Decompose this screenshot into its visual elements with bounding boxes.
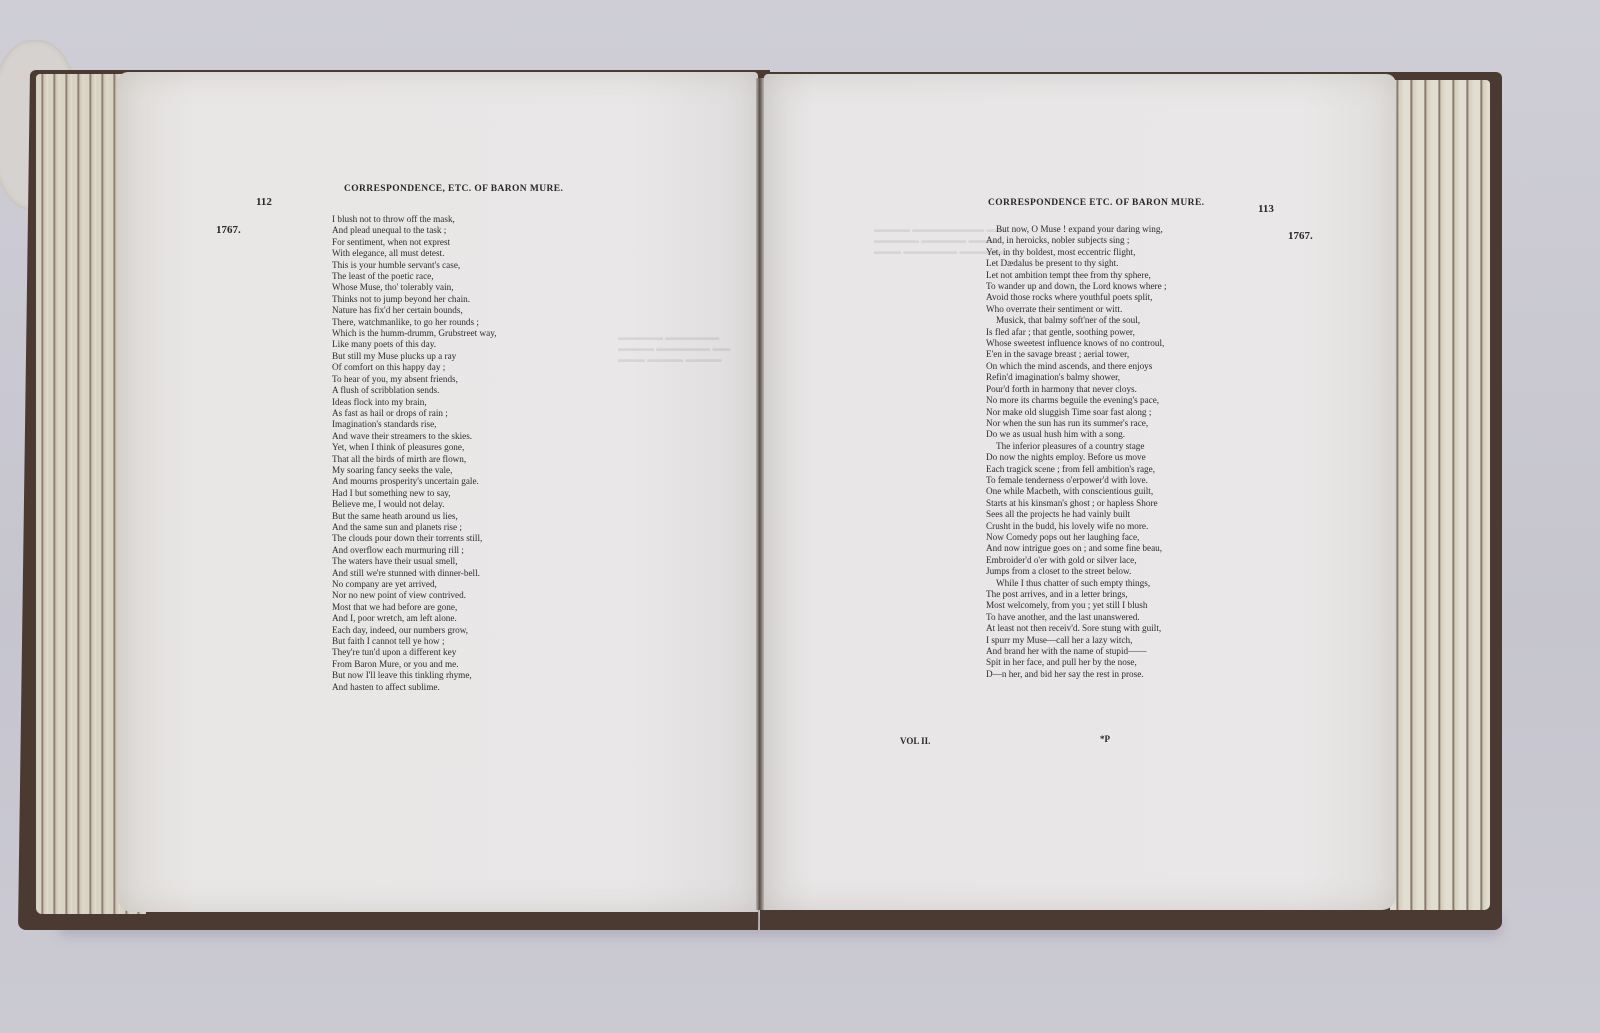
- verse-line: The post arrives, and in a letter brings…: [986, 589, 1167, 600]
- verse-line: Most welcomely, from you ; yet still I b…: [986, 600, 1167, 611]
- verse-line: Pour'd forth in harmony that never cloys…: [986, 384, 1167, 395]
- show-through-text: ▬▬▬▬ ▬▬▬▬▬▬▬▬ ▬▬▬▬▬▬▬ ▬▬▬▬▬ ▬▬▬▬▬▬ ▬▬▬▬▬…: [874, 224, 1005, 257]
- verse-line: No company are yet arrived,: [332, 579, 497, 590]
- running-head: Correspondence etc. of Baron Mure.: [988, 198, 1204, 208]
- verse-line: Nor no new point of view contrived.: [332, 590, 497, 601]
- verse-line: Most that we had before are gone,: [332, 602, 497, 613]
- verse-line: One while Macbeth, with conscientious gu…: [986, 486, 1167, 497]
- verse-line: Do we as usual hush him with a song.: [986, 429, 1167, 440]
- verse-line: To female tenderness o'erpower'd with lo…: [986, 475, 1167, 486]
- verse-line: Is fled afar ; that gentle, soothing pow…: [986, 327, 1167, 338]
- verse-line: Jumps from a closet to the street below.: [986, 566, 1167, 577]
- verse-line: And the same sun and planets rise ;: [332, 522, 497, 533]
- poem-verse: I blush not to throw off the mask,And pl…: [332, 214, 497, 693]
- verse-line: The inferior pleasures of a country stag…: [986, 441, 1167, 452]
- verse-line: Nature has fix'd her certain bounds,: [332, 305, 497, 316]
- verse-line: To have another, and the last unanswered…: [986, 612, 1167, 623]
- verse-line: And overflow each murmuring rill ;: [332, 545, 497, 556]
- verse-line: As fast as hail or drops of rain ;: [332, 408, 497, 419]
- verse-line: But faith I cannot tell ye how ;: [332, 636, 497, 647]
- verse-line: And wave their streamers to the skies.: [332, 431, 497, 442]
- verse-line: Nor make old sluggish Time soar fast alo…: [986, 407, 1167, 418]
- right-page-edges: [1390, 80, 1490, 910]
- verse-line: My soaring fancy seeks the vale,: [332, 465, 497, 476]
- verse-line: Now Comedy pops out her laughing face,: [986, 532, 1167, 543]
- verse-line: While I thus chatter of such empty thing…: [986, 578, 1167, 589]
- verse-line: And now intrigue goes on ; and some fine…: [986, 543, 1167, 554]
- verse-line: That all the birds of mirth are flown,: [332, 454, 497, 465]
- verse-line: I spurr my Muse—call her a lazy witch,: [986, 635, 1167, 646]
- running-head: Correspondence, etc. of Baron Mure.: [344, 184, 563, 194]
- verse-line: Embroider'd o'er with gold or silver lac…: [986, 555, 1167, 566]
- verse-line: To hear of you, my absent friends,: [332, 374, 497, 385]
- verse-line: And mourns prosperity's uncertain gale.: [332, 476, 497, 487]
- verse-line: And still we're stunned with dinner-bell…: [332, 568, 497, 579]
- verse-line: Each tragick scene ; from fell ambition'…: [986, 464, 1167, 475]
- verse-line: With elegance, all must detest.: [332, 248, 497, 259]
- verse-line: The clouds pour down their torrents stil…: [332, 533, 497, 544]
- verse-line: The waters have their usual smell,: [332, 556, 497, 567]
- verse-line: Ideas flock into my brain,: [332, 397, 497, 408]
- signature-mark: *P: [1100, 734, 1110, 744]
- verse-line: Had I but something new to say,: [332, 488, 497, 499]
- verse-line: Crusht in the budd, his lovely wife no m…: [986, 521, 1167, 532]
- year-margin: 1767.: [216, 224, 241, 236]
- book-gutter: [756, 78, 764, 910]
- verse-line: Whose sweetest influence knows of no con…: [986, 338, 1167, 349]
- verse-line: But still my Muse plucks up a ray: [332, 351, 497, 362]
- verse-line: Yet, when I think of pleasures gone,: [332, 442, 497, 453]
- page-number: 112: [256, 196, 272, 208]
- volume-label: VOL II.: [900, 736, 930, 746]
- verse-line: But the same heath around us lies,: [332, 511, 497, 522]
- verse-line: Refin'd imagination's balmy shower,: [986, 372, 1167, 383]
- verse-line: Which is the humm-drumm, Grubstreet way,: [332, 328, 497, 339]
- verse-line: They're tun'd upon a different key: [332, 647, 497, 658]
- verse-line: This is your humble servant's case,: [332, 260, 497, 271]
- verse-line: Avoid those rocks where youthful poets s…: [986, 292, 1167, 303]
- right-page: ▬▬▬▬ ▬▬▬▬▬▬▬▬ ▬▬▬▬▬▬▬ ▬▬▬▬▬ ▬▬▬▬▬▬ ▬▬▬▬▬…: [764, 74, 1396, 910]
- verse-line: Imagination's standards rise,: [332, 419, 497, 430]
- verse-line: Starts at his kinsman's ghost ; or haple…: [986, 498, 1167, 509]
- verse-line: Do now the nights employ. Before us move: [986, 452, 1167, 463]
- verse-line: And I, poor wretch, am left alone.: [332, 613, 497, 624]
- verse-line: Let not ambition tempt thee from thy sph…: [986, 270, 1167, 281]
- verse-line: At least not then receiv'd. Sore stung w…: [986, 623, 1167, 634]
- verse-line: Let Dædalus be present to thy sight.: [986, 258, 1167, 269]
- verse-line: E'en in the savage breast ; aerial tower…: [986, 349, 1167, 360]
- verse-line: But now, O Muse ! expand your daring win…: [986, 224, 1167, 235]
- verse-line: And plead unequal to the task ;: [332, 225, 497, 236]
- verse-line: The least of the poetic race,: [332, 271, 497, 282]
- verse-line: No more its charms beguile the evening's…: [986, 395, 1167, 406]
- verse-line: Believe me, I would not delay.: [332, 499, 497, 510]
- poem-verse: But now, O Muse ! expand your daring win…: [986, 224, 1167, 680]
- verse-line: To wander up and down, the Lord knows wh…: [986, 281, 1167, 292]
- page-number: 113: [1258, 203, 1274, 215]
- verse-line: On which the mind ascends, and there enj…: [986, 361, 1167, 372]
- show-through-text: ▬▬▬▬▬ ▬▬▬▬▬▬▬▬▬▬ ▬▬▬▬▬▬ ▬▬▬▬▬ ▬▬▬▬ ▬▬▬▬: [618, 332, 731, 365]
- verse-line: A flush of scribblation sends.: [332, 385, 497, 396]
- verse-line: And hasten to affect sublime.: [332, 682, 497, 693]
- verse-line: Each day, indeed, our numbers grow,: [332, 625, 497, 636]
- verse-line: But now I'll leave this tinkling rhyme,: [332, 670, 497, 681]
- verse-line: Like many poets of this day.: [332, 339, 497, 350]
- verse-line: And, in heroicks, nobler subjects sing ;: [986, 235, 1167, 246]
- verse-line: There, watchmanlike, to go her rounds ;: [332, 317, 497, 328]
- verse-line: For sentiment, when not exprest: [332, 237, 497, 248]
- verse-line: D—n her, and bid her say the rest in pro…: [986, 669, 1167, 680]
- verse-line: Of comfort on this happy day ;: [332, 362, 497, 373]
- verse-line: I blush not to throw off the mask,: [332, 214, 497, 225]
- verse-line: From Baron Mure, or you and me.: [332, 659, 497, 670]
- verse-line: Sees all the projects he had vainly buil…: [986, 509, 1167, 520]
- year-margin: 1767.: [1288, 230, 1313, 242]
- left-page: ▬▬▬▬▬ ▬▬▬▬▬▬▬▬▬▬ ▬▬▬▬▬▬ ▬▬▬▬▬ ▬▬▬▬ ▬▬▬▬ …: [118, 72, 758, 912]
- verse-line: Spit in her face, and pull her by the no…: [986, 657, 1167, 668]
- verse-line: Whose Muse, tho' tolerably vain,: [332, 282, 497, 293]
- verse-line: Who overrate their sentiment or witt.: [986, 304, 1167, 315]
- verse-line: Musick, that balmy soft'ner of the soul,: [986, 315, 1167, 326]
- verse-line: Thinks not to jump beyond her chain.: [332, 294, 497, 305]
- verse-line: Nor when the sun has run its summer's ra…: [986, 418, 1167, 429]
- verse-line: And brand her with the name of stupid——: [986, 646, 1167, 657]
- verse-line: Yet, in thy boldest, most eccentric flig…: [986, 247, 1167, 258]
